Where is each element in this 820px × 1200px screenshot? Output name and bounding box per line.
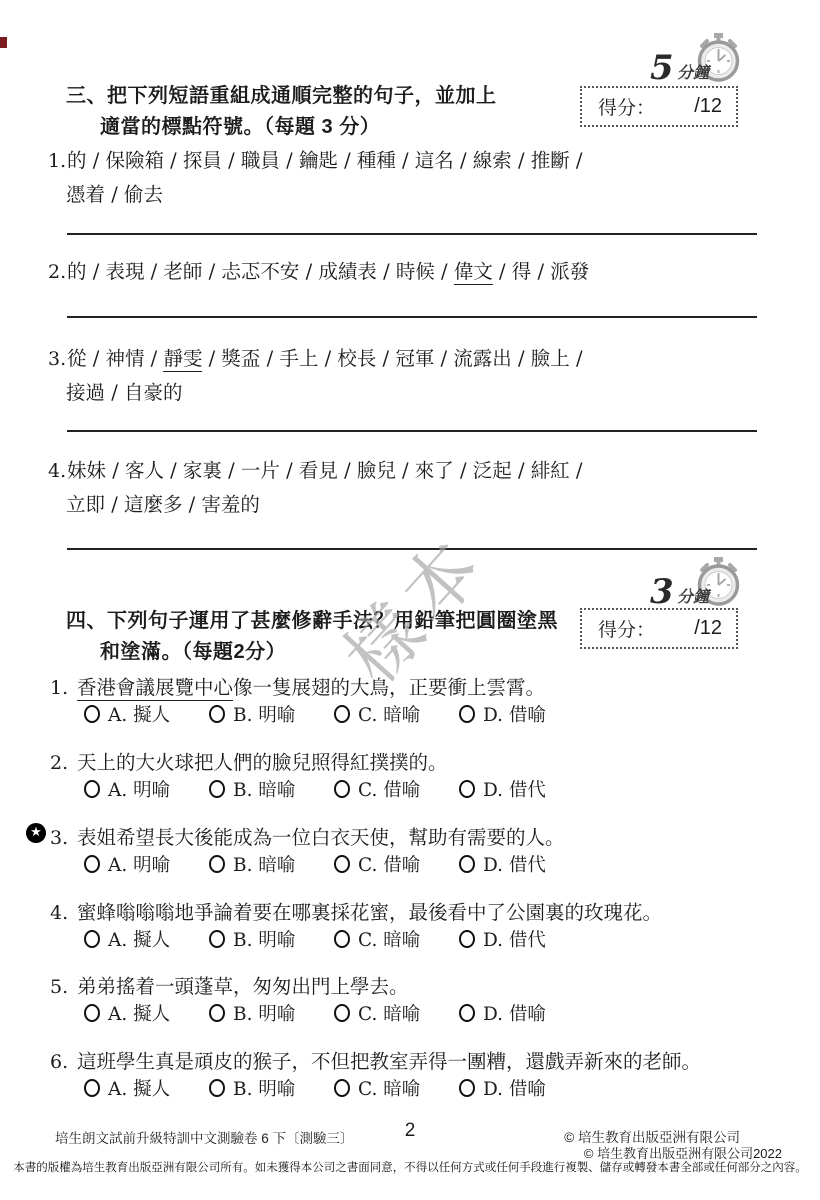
- question-text: 蜜蜂嗡嗡嗡地爭論着要在哪裏採花蜜，最後看中了公園裏的玫瑰花。: [77, 901, 662, 924]
- option-label: C. 暗喻: [358, 926, 420, 952]
- answer-bubble[interactable]: [334, 705, 350, 723]
- answer-bubble[interactable]: [84, 855, 100, 873]
- mc-options-4: A. 擬人 B. 明喻 C. 暗喻 D. 借代: [84, 926, 546, 952]
- answer-bubble[interactable]: [334, 855, 350, 873]
- answer-bubble[interactable]: [334, 1079, 350, 1097]
- score-label: 得分：: [598, 93, 655, 120]
- option-label: D. 借代: [483, 926, 546, 952]
- option-label: C. 暗喻: [358, 1075, 420, 1101]
- phrase-line2: 接過 / 自豪的: [66, 377, 182, 405]
- answer-bubble[interactable]: [209, 1079, 225, 1097]
- mc-question-4: 4.蜜蜂嗡嗡嗡地爭論着要在哪裏採花蜜，最後看中了公園裏的玫瑰花。: [50, 897, 662, 925]
- option-label: B. 明喻: [233, 926, 295, 952]
- worksheet-page: 5 分鐘 三、把下列短語重組成通順完整的句子，並加上 適當的標點符號。（每題 3…: [0, 0, 820, 1200]
- question-text-underlined: 香港會議展覽中心: [77, 676, 233, 701]
- answer-bubble[interactable]: [334, 780, 350, 798]
- section-four-title-line2: 和塗滿。（每題2分）: [100, 635, 286, 664]
- question-number: 6.: [50, 1051, 77, 1073]
- option-label: A. 明喻: [108, 776, 170, 802]
- option-label: D. 借喻: [483, 1075, 546, 1101]
- answer-bubble[interactable]: [209, 1004, 225, 1022]
- answer-bubble[interactable]: [334, 1004, 350, 1022]
- answer-bubble[interactable]: [84, 1004, 100, 1022]
- question-text: 弟弟搖着一頭蓬草，匆匆出門上學去。: [77, 975, 409, 998]
- option-label: A. 擬人: [108, 926, 170, 952]
- score-box-section-four[interactable]: 得分： /12: [580, 608, 738, 649]
- answer-bubble[interactable]: [84, 705, 100, 723]
- phrase-underlined: 靜雯: [163, 347, 202, 372]
- option-b[interactable]: B. 明喻: [209, 701, 334, 727]
- answer-line[interactable]: [67, 316, 757, 318]
- answer-line[interactable]: [67, 430, 757, 432]
- reorder-question-3: 3.從 / 神情 / 靜雯 / 獎盃 / 手上 / 校長 / 冠軍 / 流露出 …: [48, 343, 583, 371]
- option-d[interactable]: D. 借代: [459, 926, 546, 952]
- question-number: 2.: [48, 261, 67, 283]
- option-a[interactable]: A. 擬人: [84, 926, 209, 952]
- mc-question-3: 3.表姐希望長大後能成為一位白衣天使，幫助有需要的人。: [50, 822, 565, 850]
- option-b[interactable]: B. 暗喻: [209, 851, 334, 877]
- option-label: C. 借喻: [358, 851, 420, 877]
- timer-minutes: 5: [650, 48, 674, 88]
- section-three-title-line2: 適當的標點符號。（每題 3 分）: [100, 110, 380, 139]
- answer-bubble[interactable]: [209, 705, 225, 723]
- answer-line[interactable]: [67, 233, 757, 235]
- answer-bubble[interactable]: [459, 855, 475, 873]
- score-label: 得分：: [598, 615, 655, 642]
- option-a[interactable]: A. 擬人: [84, 701, 209, 727]
- footer-disclaimer: 本書的版權為培生教育出版亞洲有限公司所有。如未獲得本公司之書面同意，不得以任何方…: [0, 1159, 820, 1175]
- timer-section-four: 3 分鐘: [650, 556, 742, 612]
- mc-options-6: A. 擬人 B. 明喻 C. 暗喻 D. 借喻: [84, 1075, 546, 1101]
- reorder-question-2: 2.的 / 表現 / 老師 / 忐忑不安 / 成績表 / 時候 / 偉文 / 得…: [48, 256, 589, 284]
- mc-question-2: 2.天上的大火球把人們的臉兒照得紅撲撲的。: [50, 747, 448, 775]
- option-d[interactable]: D. 借代: [459, 851, 546, 877]
- question-text: 像一隻展翅的大鳥，正要衝上雲霄。: [233, 676, 545, 699]
- answer-line[interactable]: [67, 548, 757, 550]
- timer-unit: 分鐘: [677, 60, 709, 83]
- option-label: A. 擬人: [108, 701, 170, 727]
- option-label: B. 明喻: [233, 1000, 295, 1026]
- phrase-text: / 獎盃 / 手上 / 校長 / 冠軍 / 流露出 / 臉上 /: [202, 347, 582, 370]
- question-text: 天上的大火球把人們的臉兒照得紅撲撲的。: [77, 751, 448, 774]
- option-a[interactable]: A. 明喻: [84, 851, 209, 877]
- phrase-text: / 得 / 派發: [493, 260, 589, 283]
- option-a[interactable]: A. 擬人: [84, 1075, 209, 1101]
- option-label: B. 明喻: [233, 701, 295, 727]
- reorder-question-4: 4.妹妹 / 客人 / 家裏 / 一片 / 看見 / 臉兒 / 來了 / 泛起 …: [48, 455, 583, 483]
- option-b[interactable]: B. 明喻: [209, 1075, 334, 1101]
- phrase-text: 的 / 表現 / 老師 / 忐忑不安 / 成績表 / 時候 /: [67, 260, 454, 283]
- reorder-question-1: 1.的 / 保險箱 / 探員 / 職員 / 鑰匙 / 種種 / 這名 / 線索 …: [48, 145, 583, 173]
- answer-bubble[interactable]: [84, 930, 100, 948]
- mc-options-2: A. 明喻 B. 暗喻 C. 借喻 D. 借代: [84, 776, 546, 802]
- question-number: 4.: [48, 460, 67, 482]
- option-c[interactable]: C. 暗喻: [334, 1075, 459, 1101]
- question-number: 1.: [50, 677, 77, 699]
- phrase-underlined: 偉文: [454, 260, 493, 285]
- option-d[interactable]: D. 借喻: [459, 701, 546, 727]
- mc-options-1: A. 擬人 B. 明喻 C. 暗喻 D. 借喻: [84, 701, 546, 727]
- option-label: B. 暗喻: [233, 776, 295, 802]
- option-a[interactable]: A. 明喻: [84, 776, 209, 802]
- question-number: 1.: [48, 150, 67, 172]
- answer-bubble[interactable]: [459, 705, 475, 723]
- score-total: /12: [694, 95, 722, 118]
- answer-bubble[interactable]: [459, 930, 475, 948]
- option-label: D. 借代: [483, 851, 546, 877]
- option-label: B. 暗喻: [233, 851, 295, 877]
- section-four-title: 四、下列句子運用了甚麼修辭手法？用鉛筆把圓圈塗黑: [66, 604, 558, 633]
- option-label: C. 暗喻: [358, 701, 420, 727]
- timer-minutes: 3: [650, 572, 674, 612]
- answer-bubble[interactable]: [84, 780, 100, 798]
- option-label: A. 擬人: [108, 1000, 170, 1026]
- option-c[interactable]: C. 暗喻: [334, 926, 459, 952]
- answer-bubble[interactable]: [459, 780, 475, 798]
- score-box-section-three[interactable]: 得分： /12: [580, 86, 738, 127]
- option-label: A. 明喻: [108, 851, 170, 877]
- option-c[interactable]: C. 借喻: [334, 776, 459, 802]
- mc-options-5: A. 擬人 B. 明喻 C. 暗喻 D. 借喻: [84, 1000, 546, 1026]
- option-label: C. 暗喻: [358, 1000, 420, 1026]
- phrase-line2: 憑着 / 偷去: [66, 179, 163, 207]
- answer-bubble[interactable]: [209, 930, 225, 948]
- question-number: 5.: [50, 976, 77, 998]
- section-three-title: 三、把下列短語重組成通順完整的句子，並加上: [66, 79, 497, 108]
- timer-section-three: 5 分鐘: [650, 32, 742, 88]
- phrase-text: 的 / 保險箱 / 探員 / 職員 / 鑰匙 / 種種 / 這名 / 線索 / …: [67, 149, 583, 172]
- mc-question-1: 1.香港會議展覽中心像一隻展翅的大鳥，正要衝上雲霄。: [50, 672, 545, 700]
- mc-question-6: 6.這班學生真是頑皮的猴子，不但把教室弄得一團糟，還戲弄新來的老師。: [50, 1046, 701, 1074]
- question-number: 2.: [50, 752, 77, 774]
- answer-bubble[interactable]: [84, 1079, 100, 1097]
- option-b[interactable]: B. 暗喻: [209, 776, 334, 802]
- phrase-line2: 立即 / 這麼多 / 害羞的: [66, 489, 260, 517]
- option-b[interactable]: B. 明喻: [209, 926, 334, 952]
- question-number: 3.: [50, 827, 77, 849]
- mc-options-3: A. 明喻 B. 暗喻 C. 借喻 D. 借代: [84, 851, 546, 877]
- timer-unit: 分鐘: [677, 584, 709, 607]
- answer-bubble[interactable]: [209, 855, 225, 873]
- binding-mark: [0, 37, 7, 48]
- question-number: 4.: [50, 902, 77, 924]
- option-label: A. 擬人: [108, 1075, 170, 1101]
- option-label: B. 明喻: [233, 1075, 295, 1101]
- option-c[interactable]: C. 暗喻: [334, 1000, 459, 1026]
- question-number: 3.: [48, 348, 67, 370]
- option-a[interactable]: A. 擬人: [84, 1000, 209, 1026]
- question-text: 表姐希望長大後能成為一位白衣天使，幫助有需要的人。: [77, 826, 565, 849]
- answer-bubble[interactable]: [209, 780, 225, 798]
- score-total: /12: [694, 617, 722, 640]
- star-icon: [26, 823, 46, 843]
- answer-bubble[interactable]: [459, 1004, 475, 1022]
- option-b[interactable]: B. 明喻: [209, 1000, 334, 1026]
- option-d[interactable]: D. 借喻: [459, 1000, 546, 1026]
- answer-bubble[interactable]: [459, 1079, 475, 1097]
- mc-question-5: 5.弟弟搖着一頭蓬草，匆匆出門上學去。: [50, 971, 409, 999]
- question-text: 這班學生真是頑皮的猴子，不但把教室弄得一團糟，還戲弄新來的老師。: [77, 1050, 701, 1073]
- option-d[interactable]: D. 借喻: [459, 1075, 546, 1101]
- option-c[interactable]: C. 暗喻: [334, 701, 459, 727]
- option-label: D. 借喻: [483, 701, 546, 727]
- option-label: C. 借喻: [358, 776, 420, 802]
- option-d[interactable]: D. 借代: [459, 776, 546, 802]
- phrase-text: 從 / 神情 /: [67, 347, 163, 370]
- answer-bubble[interactable]: [334, 930, 350, 948]
- option-label: D. 借代: [483, 776, 546, 802]
- option-c[interactable]: C. 借喻: [334, 851, 459, 877]
- phrase-text: 妹妹 / 客人 / 家裏 / 一片 / 看見 / 臉兒 / 來了 / 泛起 / …: [67, 459, 583, 482]
- option-label: D. 借喻: [483, 1000, 546, 1026]
